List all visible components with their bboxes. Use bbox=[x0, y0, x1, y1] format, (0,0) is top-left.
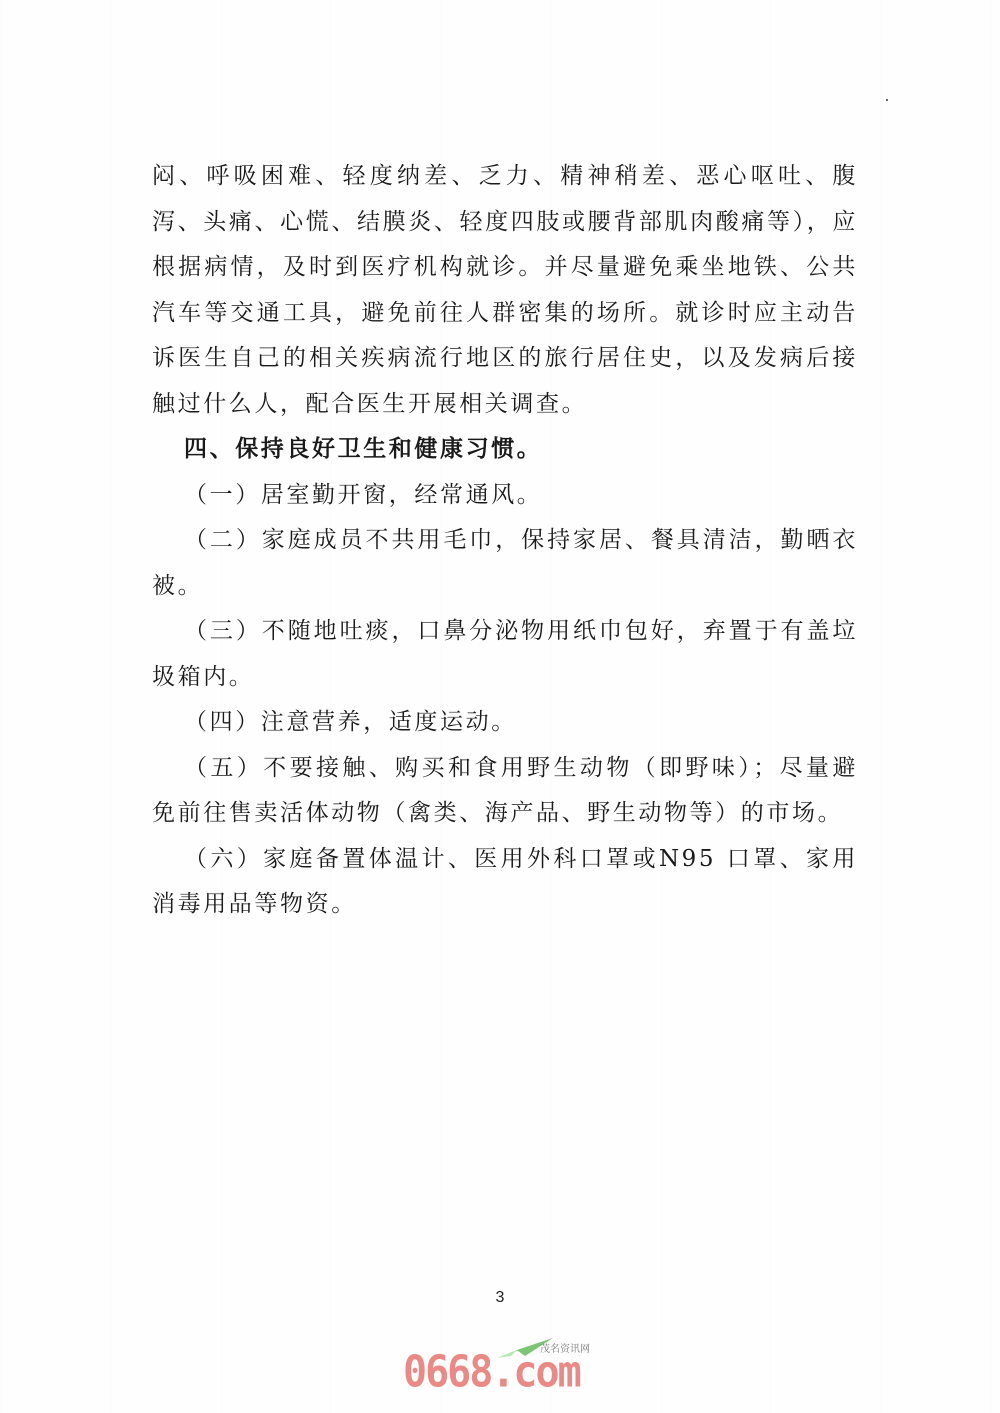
list-item: （一）居室勤开窗，经常通风。 bbox=[152, 473, 858, 519]
document-body: 闷、呼吸困难、轻度纳差、乏力、精神稍差、恶心呕吐、腹泻、头痛、心慌、结膜炎、轻度… bbox=[152, 154, 858, 928]
document-page: 闷、呼吸困难、轻度纳差、乏力、精神稍差、恶心呕吐、腹泻、头痛、心慌、结膜炎、轻度… bbox=[0, 0, 1000, 1413]
list-item: （四）注意营养，适度运动。 bbox=[152, 700, 858, 746]
watermark-site-name: 茂名资讯网 bbox=[540, 1340, 590, 1355]
watermark-logo: 0668.com 茂名资讯网 bbox=[403, 1336, 603, 1396]
list-item: （三）不随地吐痰，口鼻分泌物用纸巾包好，弃置于有盖垃圾箱内。 bbox=[152, 609, 858, 700]
page-number: 3 bbox=[0, 1289, 1000, 1307]
paragraph-symptoms-continued: 闷、呼吸困难、轻度纳差、乏力、精神稍差、恶心呕吐、腹泻、头痛、心慌、结膜炎、轻度… bbox=[152, 154, 858, 427]
scan-speck bbox=[886, 99, 888, 101]
list-item: （二）家庭成员不共用毛巾，保持家居、餐具清洁，勤晒衣被。 bbox=[152, 518, 858, 609]
list-item: （五）不要接触、购买和食用野生动物（即野味）；尽量避免前往售卖活体动物（禽类、海… bbox=[152, 746, 858, 837]
list-item: （六）家庭备置体温计、医用外科口罩或N95 口罩、家用消毒用品等物资。 bbox=[152, 837, 858, 928]
section-heading: 四、保持良好卫生和健康习惯。 bbox=[152, 427, 858, 473]
